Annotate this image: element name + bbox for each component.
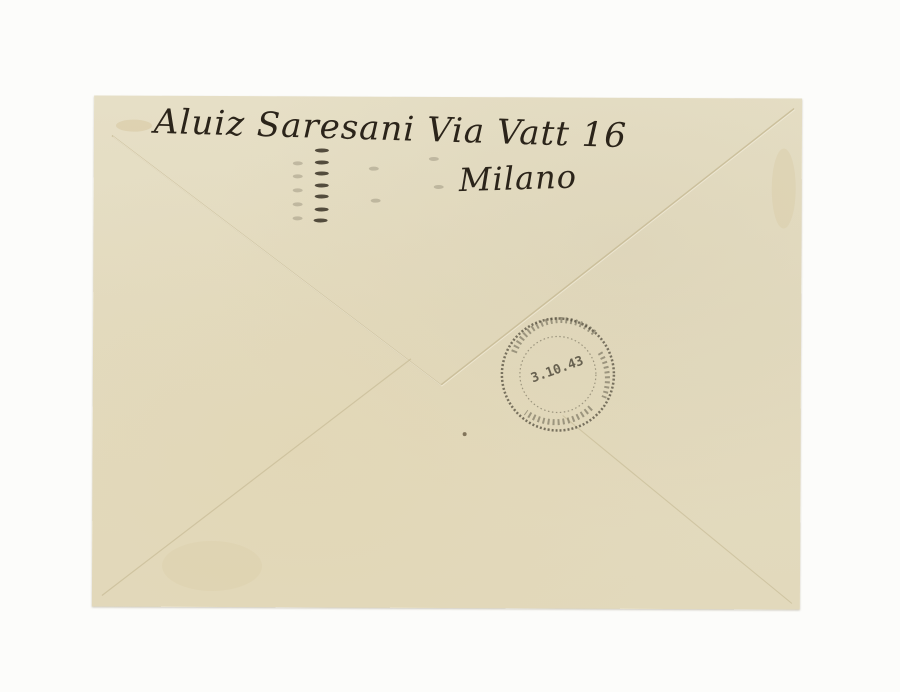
ink-speck	[463, 432, 467, 436]
return-address-line-2: Milano	[458, 158, 577, 200]
envelope-flap-folds	[92, 95, 802, 609]
envelope-back: Aluiz Saresani Via Vatt 16 Milano	[92, 95, 802, 609]
circular-postmark: 3.10.43	[496, 312, 622, 438]
photo-scene: Aluiz Saresani Via Vatt 16 Milano	[0, 0, 900, 692]
machine-cancellation-marks	[289, 146, 339, 226]
